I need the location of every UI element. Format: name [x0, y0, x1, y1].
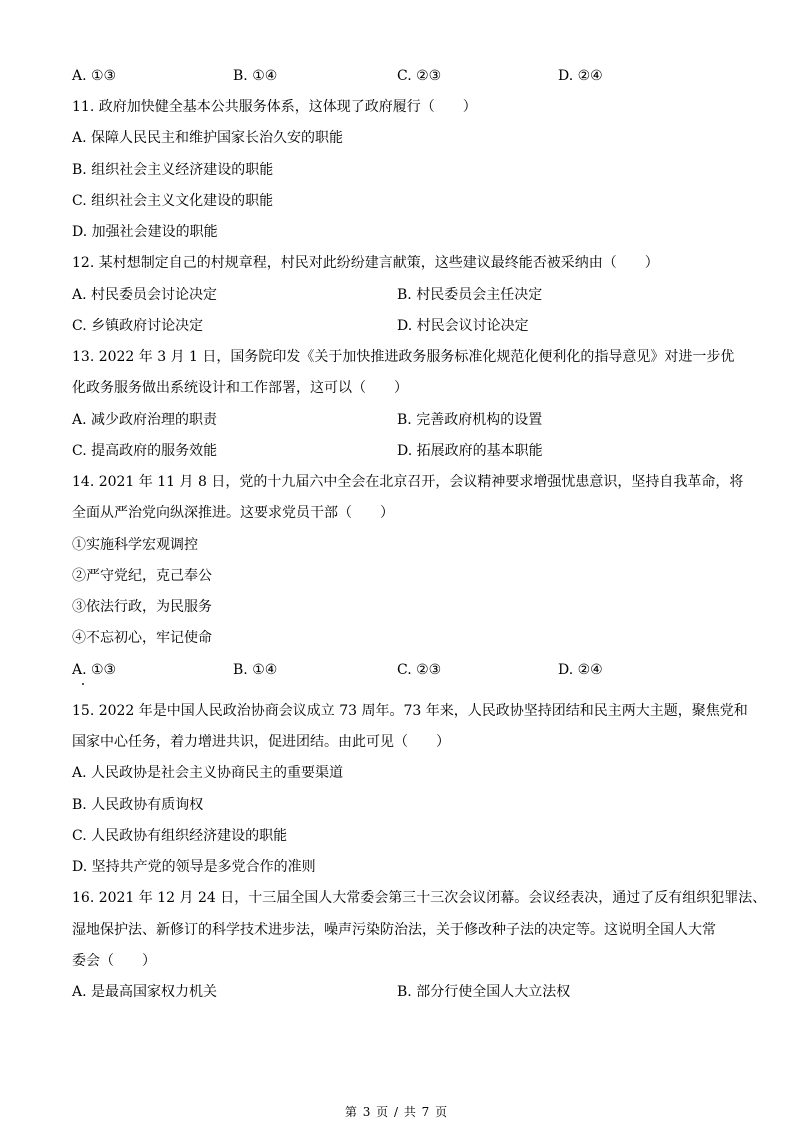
q14-item-4: ④不忘初心，牢记使命: [72, 628, 212, 648]
q15-option-d: D. 坚持共产党的领导是多党合作的准则: [72, 857, 316, 877]
q11-option-d: D. 加强社会建设的职能: [72, 222, 218, 242]
q10-option-a: A. ①③: [72, 66, 116, 86]
q14-item-1: ①实施科学宏观调控: [72, 535, 198, 555]
q14-item-2: ②严守党纪，克己奉公: [72, 566, 212, 586]
q12-option-c: C. 乡镇政府讨论决定: [72, 316, 203, 336]
page-number-footer: 第 3 页 / 共 7 页: [0, 1104, 793, 1120]
q14-stem-line2: 全面从严治党向纵深推进。这要求党员干部（ ）: [72, 503, 394, 523]
q12-option-d: D. 村民会议讨论决定: [397, 316, 529, 336]
q15-stem-line1: 15. 2022 年是中国人民政治协商会议成立 73 周年。73 年来，人民政协…: [72, 701, 748, 721]
q11-stem: 11. 政府加快健全基本公共服务体系，这体现了政府履行（ ）: [72, 97, 477, 117]
q13-stem-line1: 13. 2022 年 3 月 1 日，国务院印发《关于加快推进政务服务标准化规范…: [72, 347, 734, 367]
q15-option-b: B. 人民政协有质询权: [72, 795, 203, 815]
q13-option-c: C. 提高政府的服务效能: [72, 441, 217, 461]
q16-stem-line3: 委会（ ）: [72, 951, 156, 971]
q15-option-c: C. 人民政协有组织经济建设的职能: [72, 826, 287, 846]
q10-option-d: D. ②④: [558, 66, 603, 86]
q14-option-b: B. ①④: [233, 660, 277, 680]
q13-option-d: D. 拓展政府的基本职能: [397, 441, 543, 461]
q13-option-a: A. 减少政府治理的职责: [72, 410, 217, 430]
q16-option-a: A. 是最高国家权力机关: [72, 982, 217, 1002]
q14-item-3: ③依法行政，为民服务: [72, 597, 212, 617]
q16-stem-line2: 湿地保护法、新修订的科学技术进步法，噪声污染防治法，关于修改种子法的决定等。这说…: [72, 920, 716, 940]
q16-option-b: B. 部分行使全国人大立法权: [397, 982, 570, 1002]
q12-option-a: A. 村民委员会讨论决定: [72, 285, 217, 305]
q10-option-b: B. ①④: [233, 66, 277, 86]
q11-option-b: B. 组织社会主义经济建设的职能: [72, 160, 273, 180]
q11-option-c: C. 组织社会主义文化建设的职能: [72, 191, 273, 211]
q12-option-b: B. 村民委员会主任决定: [397, 285, 542, 305]
q12-stem: 12. 某村想制定自己的村规章程，村民对此纷纷建言献策，这些建议最终能否被采纳由…: [72, 253, 659, 273]
q15-option-a: A. 人民政协是社会主义协商民主的重要渠道: [72, 763, 343, 783]
q14-option-c: C. ②③: [397, 660, 441, 680]
q14-option-d: D. ②④: [558, 660, 603, 680]
q14-option-a: A. ①③: [72, 660, 116, 680]
q13-option-b: B. 完善政府机构的设置: [397, 410, 542, 430]
q13-stem-line2: 化政务服务做出系统设计和工作部署，这可以（ ）: [72, 378, 408, 398]
stray-mark: [82, 683, 84, 685]
q14-stem-line1: 14. 2021 年 11 月 8 日，党的十九届六中全会在北京召开，会议精神要…: [72, 472, 743, 492]
q16-stem-line1: 16. 2021 年 12 月 24 日，十三届全国人大常委会第三十三次会议闭幕…: [72, 888, 766, 908]
q15-stem-line2: 国家中心任务，着力增进共识，促进团结。由此可见（ ）: [72, 732, 450, 752]
q10-option-c: C. ②③: [397, 66, 441, 86]
q11-option-a: A. 保障人民民主和维护国家长治久安的职能: [72, 128, 343, 148]
